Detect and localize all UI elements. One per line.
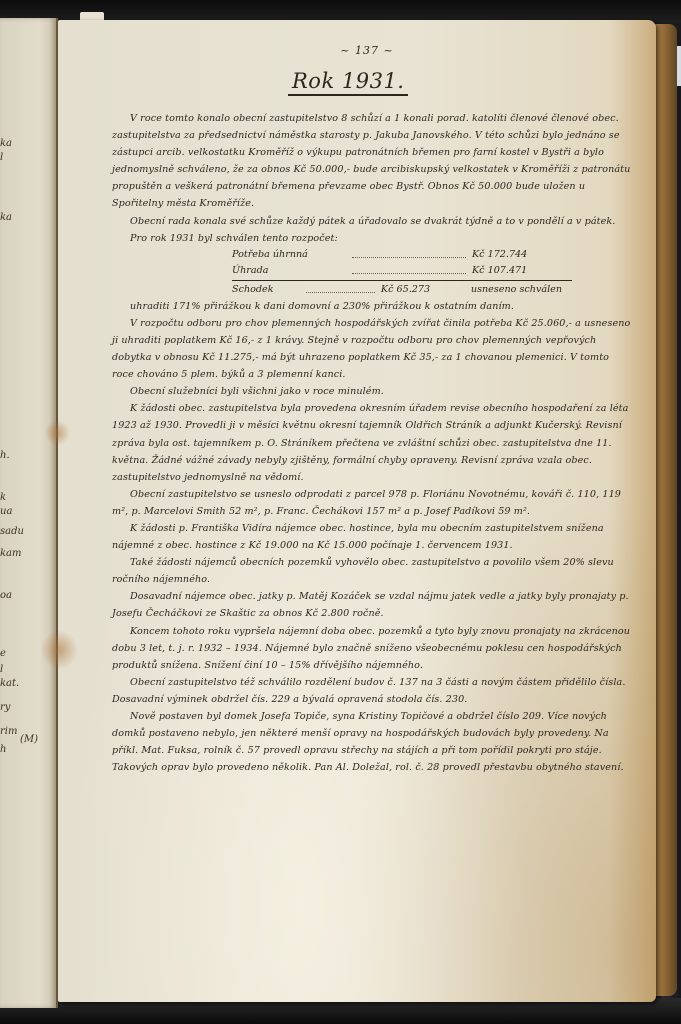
- paragraph: Obecní služebníci byli všichni jako v ro…: [112, 383, 632, 400]
- paragraph: Dosavadní nájemce obec. jatky p. Matěj K…: [112, 588, 632, 622]
- left-page-fragment: (M): [20, 734, 38, 745]
- left-page-fragment: ka: [0, 212, 12, 223]
- page-number: ~ 137 ~: [102, 44, 632, 57]
- previous-page: ka l ka h. k ua sadu kam oa e l kat. ry …: [0, 18, 58, 1008]
- paragraph: Pro rok 1931 byl schválen tento rozpočet…: [112, 230, 632, 247]
- deficit-value: Kč 65.273: [381, 282, 471, 298]
- paragraph: K žádosti obec. zastupitelstva byla prov…: [112, 400, 632, 485]
- dot-leader: [352, 263, 466, 274]
- paragraph: V rozpočtu odboru pro chov plemenných ho…: [112, 315, 632, 383]
- paragraph: K žádosti p. Františka Vidíra nájemce ob…: [112, 520, 632, 554]
- deficit-note: usneseno schválen: [471, 282, 562, 298]
- left-page-fragment: ua: [0, 506, 12, 517]
- left-page-fragment: k: [0, 492, 6, 503]
- budget-row: Úhrada Kč 107.471: [232, 263, 562, 279]
- rust-stain: [44, 420, 70, 446]
- paragraph: Obecní zastupitelstvo též schválilo rozd…: [112, 674, 632, 708]
- left-page-fragment: l: [0, 664, 3, 675]
- budget-row: Potřeba úhrnná Kč 172.744: [232, 247, 562, 263]
- budget-label: Potřeba úhrnná: [232, 247, 346, 263]
- paragraph: Nově postaven byl domek Josefa Topiče, s…: [112, 708, 632, 776]
- left-page-fragment: rim: [0, 726, 17, 737]
- left-page-fragment: oa: [0, 590, 12, 601]
- paragraph: Obecní zastupitelstvo se usneslo odproda…: [112, 486, 632, 520]
- budget-label: Úhrada: [232, 263, 346, 279]
- left-page-fragment: e: [0, 648, 6, 659]
- paragraph: Obecní rada konala své schůze každý páte…: [112, 213, 632, 230]
- left-page-fragment: h: [0, 744, 6, 755]
- budget-deficit-row: Schodek Kč 65.273 usneseno schválen: [232, 282, 562, 298]
- left-page-fragment: ry: [0, 702, 10, 713]
- left-page-fragment: sadu: [0, 526, 24, 537]
- left-page-fragment: kat.: [0, 678, 19, 689]
- dot-leader: [306, 282, 374, 293]
- left-page-fragment: ka: [0, 138, 12, 149]
- paragraph: Také žádosti nájemců obecních pozemků vy…: [112, 554, 632, 588]
- budget-divider: [232, 280, 572, 281]
- budget-table: Potřeba úhrnná Kč 172.744 Úhrada Kč 107.…: [232, 247, 562, 298]
- deficit-label: Schodek: [232, 282, 300, 298]
- page-content: ~ 137 ~ Rok 1931. V roce tomto konalo ob…: [112, 44, 632, 776]
- left-page-fragment: h.: [0, 450, 10, 461]
- rust-stain: [40, 630, 78, 670]
- left-page-fragment: l: [0, 152, 3, 163]
- left-page-fragment: kam: [0, 548, 22, 559]
- page-title: Rok 1931.: [288, 69, 408, 96]
- paragraph: uhraditi 171% přirážkou k dani domovní a…: [112, 298, 632, 315]
- paragraph: Koncem tohoto roku vypršela nájemní doba…: [112, 623, 632, 674]
- budget-value: Kč 107.471: [472, 263, 562, 279]
- budget-value: Kč 172.744: [472, 247, 562, 263]
- paragraph: V roce tomto konalo obecní zastupitelstv…: [112, 110, 632, 213]
- dot-leader: [352, 247, 466, 258]
